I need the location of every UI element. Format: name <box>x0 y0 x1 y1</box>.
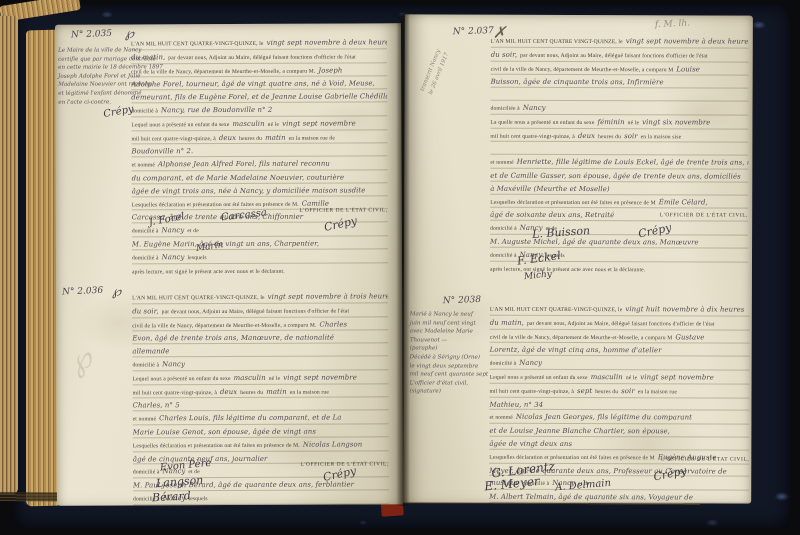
handwritten-text: vingt sept novembre <box>640 373 714 381</box>
text-line: Marie Louise Genot, son épouse, âgée de … <box>133 424 389 438</box>
printed-text: domicilié à <box>490 361 517 367</box>
text-line: et de Louise Jeanne Blanche Chartier, so… <box>489 424 749 438</box>
handwritten-text: Émile Célard, <box>659 198 708 206</box>
text-line: civil de la ville de Nancy, département … <box>491 61 749 76</box>
page-left: N° 2.035 ℘ Le Maire de la ville de Nancy… <box>55 23 403 506</box>
handwritten-text: deux <box>578 132 595 140</box>
page-edges-left <box>26 30 58 507</box>
printed-text: Lequel nous a présenté un enfant du sexe <box>490 375 588 381</box>
handwritten-text: Nancy <box>523 104 546 112</box>
handwritten-text: sept <box>577 387 592 395</box>
handwritten-text: Louise <box>676 65 700 73</box>
handwritten-text: Henriette, fille légitime de Louis Eckel… <box>517 158 749 167</box>
handwritten-text: Joseph <box>318 66 342 74</box>
handwritten-text: Nancy <box>519 359 542 367</box>
margin-note-line: en cette mairie le 18 décembre 1897 <box>58 64 134 73</box>
text-line: après lecture, ont signé le présent acte… <box>132 263 388 278</box>
text-line: à Maxéville (Meurthe et Moselle) <box>490 181 748 195</box>
act-number-2035: N° 2.035 <box>71 29 112 41</box>
printed-text: La quelle nous a présenté un enfant du s… <box>490 119 594 125</box>
printed-text: né le <box>268 122 279 128</box>
printed-text: lesquels <box>189 496 208 502</box>
act-paraph: ℘ <box>112 284 121 299</box>
handwritten-text: et de Camille Gasser, son épouse, âgée d… <box>490 172 741 181</box>
margin-mentions: Marié à Nancy le neufjuin mil neuf cent … <box>410 310 490 396</box>
handwritten-text: demeurant, fils de Eugène Forel, et de J… <box>131 92 387 101</box>
book-gutter <box>396 14 410 506</box>
handwritten-text: à Maxéville (Meurthe et Moselle) <box>490 184 609 192</box>
printed-text: par devant nous, Adjoint au Maire, délég… <box>168 54 356 61</box>
handwritten-text: féminin <box>597 118 624 126</box>
handwritten-text: vingt sept novembre <box>282 119 356 127</box>
printed-text: domicilié à <box>490 226 517 232</box>
act-2037-body: L'AN MIL HUIT CENT QUATRE VINGT-QUINZE, … <box>490 34 749 276</box>
text-line <box>490 142 748 156</box>
handwritten-text: vingt sept novembre à deux heures <box>267 38 388 47</box>
printed-text: né le <box>626 375 637 381</box>
text-line: mil huit cent quatre-vingt-quinze, àdeux… <box>133 384 389 399</box>
text-line: et nomméHenriette, fille légitime de Lou… <box>490 155 748 170</box>
margin-note-line: Madelaine Noeuvier ont reconnu <box>58 81 134 90</box>
handwritten-text: deux <box>219 134 236 142</box>
handwritten-text: Charles <box>319 320 347 328</box>
handwritten-text: vingt sept novembre à deux heures <box>626 37 749 45</box>
text-line: du matin,par devant nous, Adjoint au Mai… <box>131 49 387 64</box>
printed-text: né le <box>269 376 280 382</box>
text-line: Buisson, âgée de cinquante trois ans, In… <box>491 75 749 89</box>
book-scan: N° 2.035 ℘ Le Maire de la ville de Nancy… <box>0 0 800 535</box>
text-line: du comparant, et de Marie Madelaine Noeu… <box>132 170 388 184</box>
text-line: Lequel nous a présenté un enfant du sexe… <box>490 370 750 385</box>
text-line: L'AN MIL HUIT CENT QUATRE-VINGT-QUINZE, … <box>490 302 750 317</box>
handwritten-text: Nancy <box>162 226 185 234</box>
printed-text: civil de la ville de Nancy, département … <box>132 322 316 329</box>
text-line: La quelle nous a présenté un enfant du s… <box>490 114 748 129</box>
text-line: M. Auguste Michel, âgé de quarante deux … <box>490 235 748 249</box>
printed-text: par devant nous, Adjoint au Maire, délég… <box>162 308 350 315</box>
handwritten-text: vingt huit novembre à dix heures <box>625 305 744 313</box>
handwritten-text: du matin, <box>490 318 524 326</box>
handwritten-text: Nancy <box>162 253 185 261</box>
printed-text: par devant nous, Adjoint au Maire, délég… <box>520 53 708 60</box>
text-line: civil de la ville de Nancy, département … <box>131 63 387 78</box>
margin-note-line: avec Madeleine Marie <box>410 328 490 337</box>
text-line: Mathieu, n° 34 <box>489 397 749 411</box>
text-line: mil huit cent quatre-vingt-quinze, àsept… <box>490 383 750 398</box>
handwritten-text: masculin <box>232 120 264 128</box>
printed-text: heures du <box>239 135 262 141</box>
handwritten-text: du matin, <box>131 53 165 61</box>
handwritten-text: Buisson, âgée de cinquante trois ans, In… <box>491 78 664 87</box>
handwritten-text: du soir, <box>132 307 159 315</box>
text-line: âgée de vingt deux ans <box>489 437 749 451</box>
text-line: Lequel nous a présenté un enfant du sexe… <box>132 370 388 385</box>
handwritten-text: vingt sept novembre <box>283 373 357 381</box>
handwritten-text: soir <box>621 387 635 395</box>
handwritten-text: Charles Louis, fils légitime du comparan… <box>159 414 341 423</box>
margin-note-line: Décédé à Sérigny (Orne) <box>410 353 490 362</box>
text-line: mil huit cent quatre-vingt-quinze, àdeux… <box>131 130 387 145</box>
printed-text: et nommé <box>133 416 156 422</box>
printed-text: domicilié à <box>132 362 159 368</box>
margin-note-line: L'officier d'état civil, <box>410 379 490 388</box>
text-line: Lequel nous a présenté un enfant du sexe… <box>131 116 387 131</box>
printed-text: L'AN MIL HUIT CENT QUATRE-VINGT-QUINZE, … <box>132 295 265 302</box>
printed-text: mil huit cent quatre-vingt-quinze, à <box>133 390 217 396</box>
text-line: âgée de vingt trois ans, née à Nancy, y … <box>132 183 388 197</box>
printed-text: L'AN MIL HUIT CENT QUATRE-VINGT-QUINZE, … <box>490 307 623 313</box>
margin-note-line: juin mil neuf cent vingt <box>410 319 490 328</box>
text-line: allemande <box>132 343 388 357</box>
text-line: L'AN MIL HUIT CENT QUATRE VINGT-QUINZE, … <box>491 34 749 49</box>
handwritten-text: Gustave <box>675 333 704 341</box>
text-line: Adolphe Forel, tourneur, âgé de vingt qu… <box>131 77 387 91</box>
handwritten-text: et de Louise Jeanne Blanche Chartier, so… <box>489 427 670 436</box>
margin-note-line: Joseph Adolphe Forel et Julie <box>58 72 134 81</box>
handwritten-text: Nicolas Jean Georges, fils légitime du c… <box>516 413 692 422</box>
text-line: Lesquelles déclaration et présentation o… <box>133 437 389 452</box>
text-line: Evon, âgé de trente trois ans, Manœuvre,… <box>132 331 388 345</box>
act-number-2036: N° 2.036 <box>62 286 103 298</box>
text-line: et de Camille Gasser, son épouse, âgée d… <box>490 169 748 183</box>
printed-text: L'AN MIL HUIT CENT QUATRE-VINGT-QUINZE, … <box>131 41 264 48</box>
text-line: du soir,par devant nous, Adjoint au Mair… <box>491 47 749 62</box>
text-line: et nomméAlphonse Jean Alfred Forel, fils… <box>132 156 388 171</box>
text-line <box>491 88 749 102</box>
printed-text: domicilié à <box>133 470 160 476</box>
printed-text: Lequel nous a présenté un enfant du sexe <box>132 376 230 382</box>
printed-text: en la maison rue <box>638 389 677 395</box>
printed-text: né le <box>628 120 639 126</box>
printed-text: en la maison rue <box>290 389 329 395</box>
handwritten-text: Adolphe Forel, tourneur, âgé de vingt qu… <box>131 80 375 89</box>
printed-text: Lesquelles déclaration et présentation o… <box>490 199 656 206</box>
text-line: du soir,par devant nous, Adjoint au Mair… <box>132 303 388 318</box>
handwritten-text: du comparant, et de Marie Madelaine Noeu… <box>132 173 345 182</box>
handwritten-text: du soir, <box>491 50 517 58</box>
text-line: et nomméCharles Louis, fils légitime du … <box>133 410 389 425</box>
handwritten-text: matin <box>266 387 287 395</box>
margin-note-line: Thouvenot — <box>410 336 490 345</box>
text-line: domicilié àNancy, rue de Boudonville n° … <box>131 102 387 117</box>
text-line: Boudonville n° 2. <box>131 144 387 158</box>
handwritten-text: matin <box>265 133 286 141</box>
page-edges-right <box>0 16 18 494</box>
signature: Bérard <box>152 489 191 504</box>
handwritten-text: Lorentz, âgé de vingt cinq ans, homme d'… <box>490 346 662 355</box>
handwritten-text: vingt sept novembre à trois heures <box>268 292 389 301</box>
printed-text: civil de la ville de Nancy, département … <box>491 66 674 73</box>
margin-note-line: certifie que par mariage contracté <box>58 55 134 64</box>
margin-note-line: Marié à Nancy le neuf <box>410 310 490 319</box>
printed-text: domicilié à <box>132 255 159 261</box>
text-line: et nomméNicolas Jean Georges, fils légit… <box>489 410 749 425</box>
margin-note-line: et légitimé l'enfant dénommé <box>58 89 134 98</box>
margin-note-line: Le Maire de la ville de Nancy <box>58 46 134 55</box>
handwritten-text: M. Albert Telmain, âgé de quarante six a… <box>489 493 693 502</box>
printed-text: civil de la ville de Nancy, département … <box>131 68 315 75</box>
margin-note-line: le vingt deux septembre <box>410 362 490 371</box>
text-line: domicilié àNancy <box>132 356 388 371</box>
margin-note-line: (signature) <box>410 388 490 397</box>
officer-label: L'OFFICIER DE L'ÉTAT CIVIL, <box>490 212 748 219</box>
margin-note-line: (paraphe) <box>410 345 490 354</box>
pencil-flourish: ℘ <box>63 340 98 381</box>
printed-text: mil huit cent quatre-vingt-quinze, à <box>490 388 574 394</box>
handwritten-text: Boudonville n° 2. <box>131 148 193 156</box>
handwritten-text: Marie Louise Genot, son épouse, âgée de … <box>133 428 316 437</box>
printed-text: et nommé <box>490 160 513 166</box>
handwritten-text: Nancy, rue de Boudonville n° 2 <box>161 106 272 114</box>
page-right: f. M. lh. N° 2.037 ✗ transcrit Nancyle 2… <box>403 14 753 503</box>
printed-text: par devant nous, Adjoint au Maire, délég… <box>527 321 715 328</box>
handwritten-text: masculin <box>234 374 266 382</box>
printed-text: heures du <box>595 389 618 395</box>
printed-text: mil huit cent quatre-vingt-quinze, à <box>490 133 574 139</box>
text-line: Lesquelles déclaration et présentation o… <box>490 194 748 209</box>
handwritten-text: M. Auguste Michel, âgé de quarante deux … <box>490 238 699 247</box>
printed-text: après lecture, ont signé le présent acte… <box>490 266 645 273</box>
handwritten-text: soir <box>624 132 638 140</box>
printed-text: L'AN MIL HUIT CENT QUATRE VINGT-QUINZE, … <box>491 39 623 45</box>
text-line: civil de la ville de Nancy, département … <box>132 317 388 332</box>
handwritten-text: Charles, n° 5 <box>133 402 180 410</box>
handwritten-text: deux <box>220 388 237 396</box>
handwritten-text: allemande <box>132 347 169 355</box>
printed-text: mil huit cent quatre-vingt-quinze, à <box>131 136 215 142</box>
pencil-annotation-top: f. M. lh. <box>655 18 691 30</box>
handwritten-text: âgée de vingt trois ans, née à Nancy, y … <box>132 186 366 195</box>
text-line: M. Eugène Marin, âgé de vingt un ans, Ch… <box>132 236 388 250</box>
printed-text: et nommé <box>132 162 155 168</box>
handwritten-text: Mathieu, n° 34 <box>489 400 543 408</box>
text-line: L'AN MIL HUIT CENT QUATRE-VINGT-QUINZE, … <box>131 35 387 50</box>
printed-text: et nommé <box>489 415 512 421</box>
printed-text: domicilié à <box>132 228 159 234</box>
margin-note-legitimation: Le Maire de la ville de Nancycertifie qu… <box>58 46 134 106</box>
handwritten-text: masculin <box>591 373 623 381</box>
printed-text: lesquels <box>187 255 206 261</box>
printed-text: et de <box>187 228 198 234</box>
printed-text: en la maison rue de <box>289 135 335 141</box>
text-line: M. Albert Telmain, âgé de quarante six a… <box>489 490 749 504</box>
text-line: Charles, n° 5 <box>133 398 389 412</box>
text-line: L'AN MIL HUIT CENT QUATRE-VINGT-QUINZE, … <box>132 289 388 304</box>
margin-note-line: mil neuf cent quarante sept <box>410 371 490 380</box>
text-line: Lorentz, âgé de vingt cinq ans, homme d'… <box>490 343 750 357</box>
text-line: domicilié àNancy <box>490 356 750 371</box>
printed-text: en la maison sise <box>641 134 682 140</box>
printed-text: heures du <box>240 389 263 395</box>
printed-text: Lequel nous a présenté un enfant du sexe <box>131 122 229 128</box>
handwritten-text: M. Eugène Marin, âgé de vingt un ans, Ch… <box>132 240 319 249</box>
text-line: mil huit cent quatre-vingt-quinze, àdeux… <box>490 128 748 143</box>
act-number-2038: N° 2038 <box>443 295 481 306</box>
handwritten-text: Camille <box>302 199 329 207</box>
handwritten-text: Nicolas Langson <box>303 440 362 448</box>
printed-text: domicilié à <box>131 108 158 114</box>
handwritten-text: Nancy <box>162 360 185 368</box>
text-line: domicilié àNancyet de <box>490 221 748 236</box>
signature: Michy <box>524 269 553 282</box>
text-line: domiciliée àNancy <box>491 101 749 116</box>
text-line: du matin,par devant nous, Adjoint au Mai… <box>490 315 750 330</box>
handwritten-text: Evon, âgé de trente trois ans, Manœuvre,… <box>132 334 334 343</box>
printed-text: Lesquelles déclaration et présentation o… <box>133 442 300 449</box>
printed-text: domiciliée à <box>491 106 520 112</box>
printed-text: heures du <box>598 134 621 140</box>
handwritten-text: Alphonse Jean Alfred Forel, fils naturel… <box>158 160 330 169</box>
handwritten-text: vingt six novembre <box>642 118 710 126</box>
pencil-margin-note: transcrit Nancyle 26 avril 1917 <box>419 14 469 96</box>
printed-text: domicilié à <box>490 252 517 258</box>
text-line: domicilié àNancylesquels <box>132 249 388 264</box>
text-line: demeurant, fils de Eugène Forel, et de J… <box>131 89 387 103</box>
handwritten-text: âgée de vingt deux ans <box>489 440 572 448</box>
text-line: civil de la ville de Nancy, département … <box>490 329 750 344</box>
printed-text: civil de la ville de Nancy, département … <box>490 334 673 341</box>
act-2035-body: L'AN MIL HUIT CENT QUATRE-VINGT-QUINZE, … <box>131 35 388 277</box>
printed-text: après lecture, ont signé le présent acte… <box>132 268 285 275</box>
